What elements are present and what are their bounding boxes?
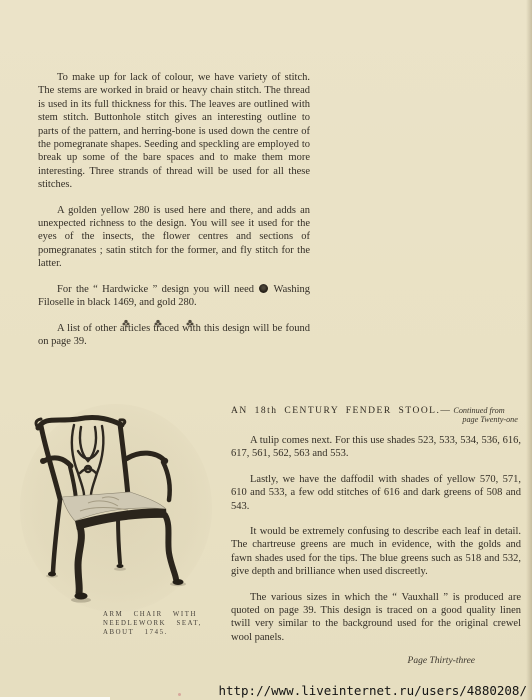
fleuron-icon bbox=[154, 319, 162, 328]
section-title: AN 18th CENTURY FENDER STOOL.— bbox=[231, 406, 451, 416]
scanned-book-page: To make up for lack of colour, we have v… bbox=[0, 0, 532, 700]
caption-line: NEEDLEWORK SEAT, bbox=[103, 619, 223, 628]
paragraph-tulip: A tulip comes next. For this use shades … bbox=[231, 434, 521, 461]
section-continued-note: Continued from page Twenty-one bbox=[453, 406, 518, 424]
fleuron-icon bbox=[186, 319, 194, 328]
paragraph-vauxhall: The various sizes in which the “ Vauxhal… bbox=[231, 591, 521, 645]
paragraph-stitches: To make up for lack of colour, we have v… bbox=[38, 71, 310, 192]
scan-speck bbox=[178, 693, 181, 696]
watermark-url: http://www.liveinternet.ru/users/4880208… bbox=[218, 683, 527, 698]
page-edge-shadow bbox=[526, 0, 532, 700]
ornament-row bbox=[122, 317, 194, 329]
continued-note-line: page Twenty-one bbox=[453, 415, 518, 424]
section-heading: AN 18th CENTURY FENDER STOOL.— Continued… bbox=[231, 406, 521, 424]
paragraph-daffodil: Lastly, we have the daffodil with shades… bbox=[231, 473, 521, 513]
paragraph-golden-yellow: A golden yellow 280 is used here and the… bbox=[38, 204, 310, 271]
filoselle-trademark-icon bbox=[259, 284, 268, 293]
figure-caption: ARM CHAIR WITH NEEDLEWORK SEAT, ABOUT 17… bbox=[103, 610, 223, 637]
continued-note-line: Continued from bbox=[453, 406, 518, 415]
right-text-column: AN 18th CENTURY FENDER STOOL.— Continued… bbox=[231, 406, 521, 666]
page-number: Page Thirty-three bbox=[231, 656, 521, 666]
paragraph-hardwicke-text-1: For the “ Hardwicke ” design you will ne… bbox=[57, 284, 254, 295]
paragraph-leaf-detail: It would be extremely confusing to descr… bbox=[231, 525, 521, 579]
caption-line: ARM CHAIR WITH bbox=[103, 610, 223, 619]
fleuron-icon bbox=[122, 319, 130, 328]
caption-line: ABOUT 1745. bbox=[103, 628, 223, 637]
armchair-photo bbox=[18, 403, 218, 618]
paragraph-hardwicke: For the “ Hardwicke ” design you will ne… bbox=[38, 283, 310, 310]
